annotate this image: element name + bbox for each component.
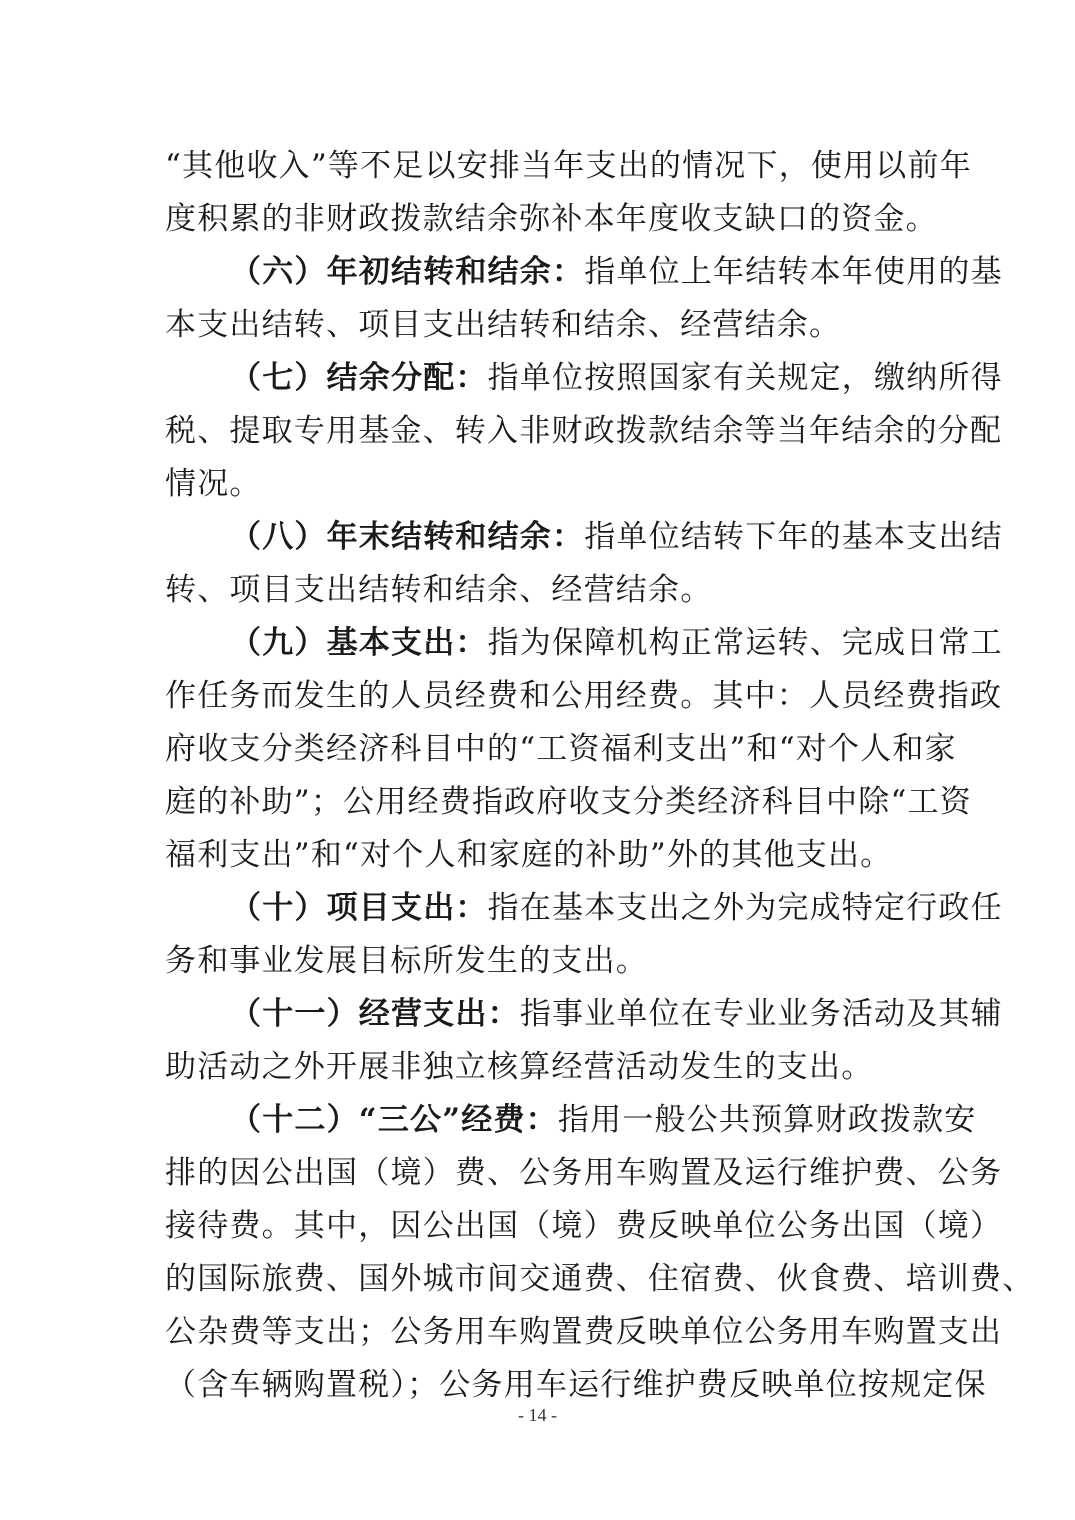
definition-text: 指事业单位在专业业务活动及其辅	[520, 996, 1003, 1032]
definition-text: 指单位结转下年的基本支出结	[584, 519, 1003, 555]
definition-term: （十二）“三公”经费：	[230, 1102, 558, 1138]
body-line: 府收支分类经济科目中的“工资福利支出”和“对个人和家	[165, 723, 913, 776]
definition-heading-line: （七）结余分配：指单位按照国家有关规定，缴纳所得	[165, 352, 913, 405]
definition-text: 指为保障机构正常运转、完成日常工	[488, 625, 1003, 661]
definition-heading-line: （十一）经营支出：指事业单位在专业业务活动及其辅	[165, 988, 913, 1041]
page-number: - 14 -	[0, 1405, 1075, 1426]
definition-text: 指单位按照国家有关规定，缴纳所得	[488, 360, 1003, 396]
body-line: 作任务而发生的人员经费和公用经费。其中：人员经费指政	[165, 670, 913, 723]
definition-term: （六）年初结转和结余：	[230, 254, 584, 290]
body-line: 排的因公出国（境）费、公务用车购置及运行维护费、公务	[165, 1147, 913, 1200]
definition-term: （七）结余分配：	[230, 360, 488, 396]
definition-heading-line: （九）基本支出：指为保障机构正常运转、完成日常工	[165, 617, 913, 670]
definition-term: （八）年末结转和结余：	[230, 519, 584, 555]
definition-term: （九）基本支出：	[230, 625, 488, 661]
definition-heading-line: （十二）“三公”经费：指用一般公共预算财政拨款安	[165, 1094, 913, 1147]
body-line: 本支出结转、项目支出结转和结余、经营结余。	[165, 299, 913, 352]
body-line: “其他收入”等不足以安排当年支出的情况下，使用以前年	[165, 140, 913, 193]
definition-text: 指单位上年结转本年使用的基	[584, 254, 1003, 290]
body-line: 转、项目支出结转和结余、经营结余。	[165, 564, 913, 617]
body-line: 公杂费等支出；公务用车购置费反映单位公务用车购置支出	[165, 1306, 913, 1359]
definition-term: （十一）经营支出：	[230, 996, 520, 1032]
body-line: 税、提取专用基金、转入非财政拨款结余等当年结余的分配	[165, 405, 913, 458]
body-line: 接待费。其中，因公出国（境）费反映单位公务出国（境）	[165, 1200, 913, 1253]
document-page: “其他收入”等不足以安排当年支出的情况下，使用以前年 度积累的非财政拨款结余弥补…	[165, 140, 913, 1412]
definition-text: 指在基本支出之外为完成特定行政任	[488, 890, 1003, 926]
definition-term: （十）项目支出：	[230, 890, 488, 926]
definition-heading-line: （八）年末结转和结余：指单位结转下年的基本支出结	[165, 511, 913, 564]
definition-heading-line: （六）年初结转和结余：指单位上年结转本年使用的基	[165, 246, 913, 299]
body-line: 情况。	[165, 458, 913, 511]
definition-heading-line: （十）项目支出：指在基本支出之外为完成特定行政任	[165, 882, 913, 935]
definition-text: 指用一般公共预算财政拨款安	[558, 1102, 977, 1138]
body-line: 的国际旅费、国外城市间交通费、住宿费、伙食费、培训费、	[165, 1253, 913, 1306]
body-line: 福利支出”和“对个人和家庭的补助”外的其他支出。	[165, 829, 913, 882]
body-line: 助活动之外开展非独立核算经营活动发生的支出。	[165, 1041, 913, 1094]
body-line: 度积累的非财政拨款结余弥补本年度收支缺口的资金。	[165, 193, 913, 246]
body-line: 务和事业发展目标所发生的支出。	[165, 935, 913, 988]
body-line: 庭的补助”；公用经费指政府收支分类经济科目中除“工资	[165, 776, 913, 829]
